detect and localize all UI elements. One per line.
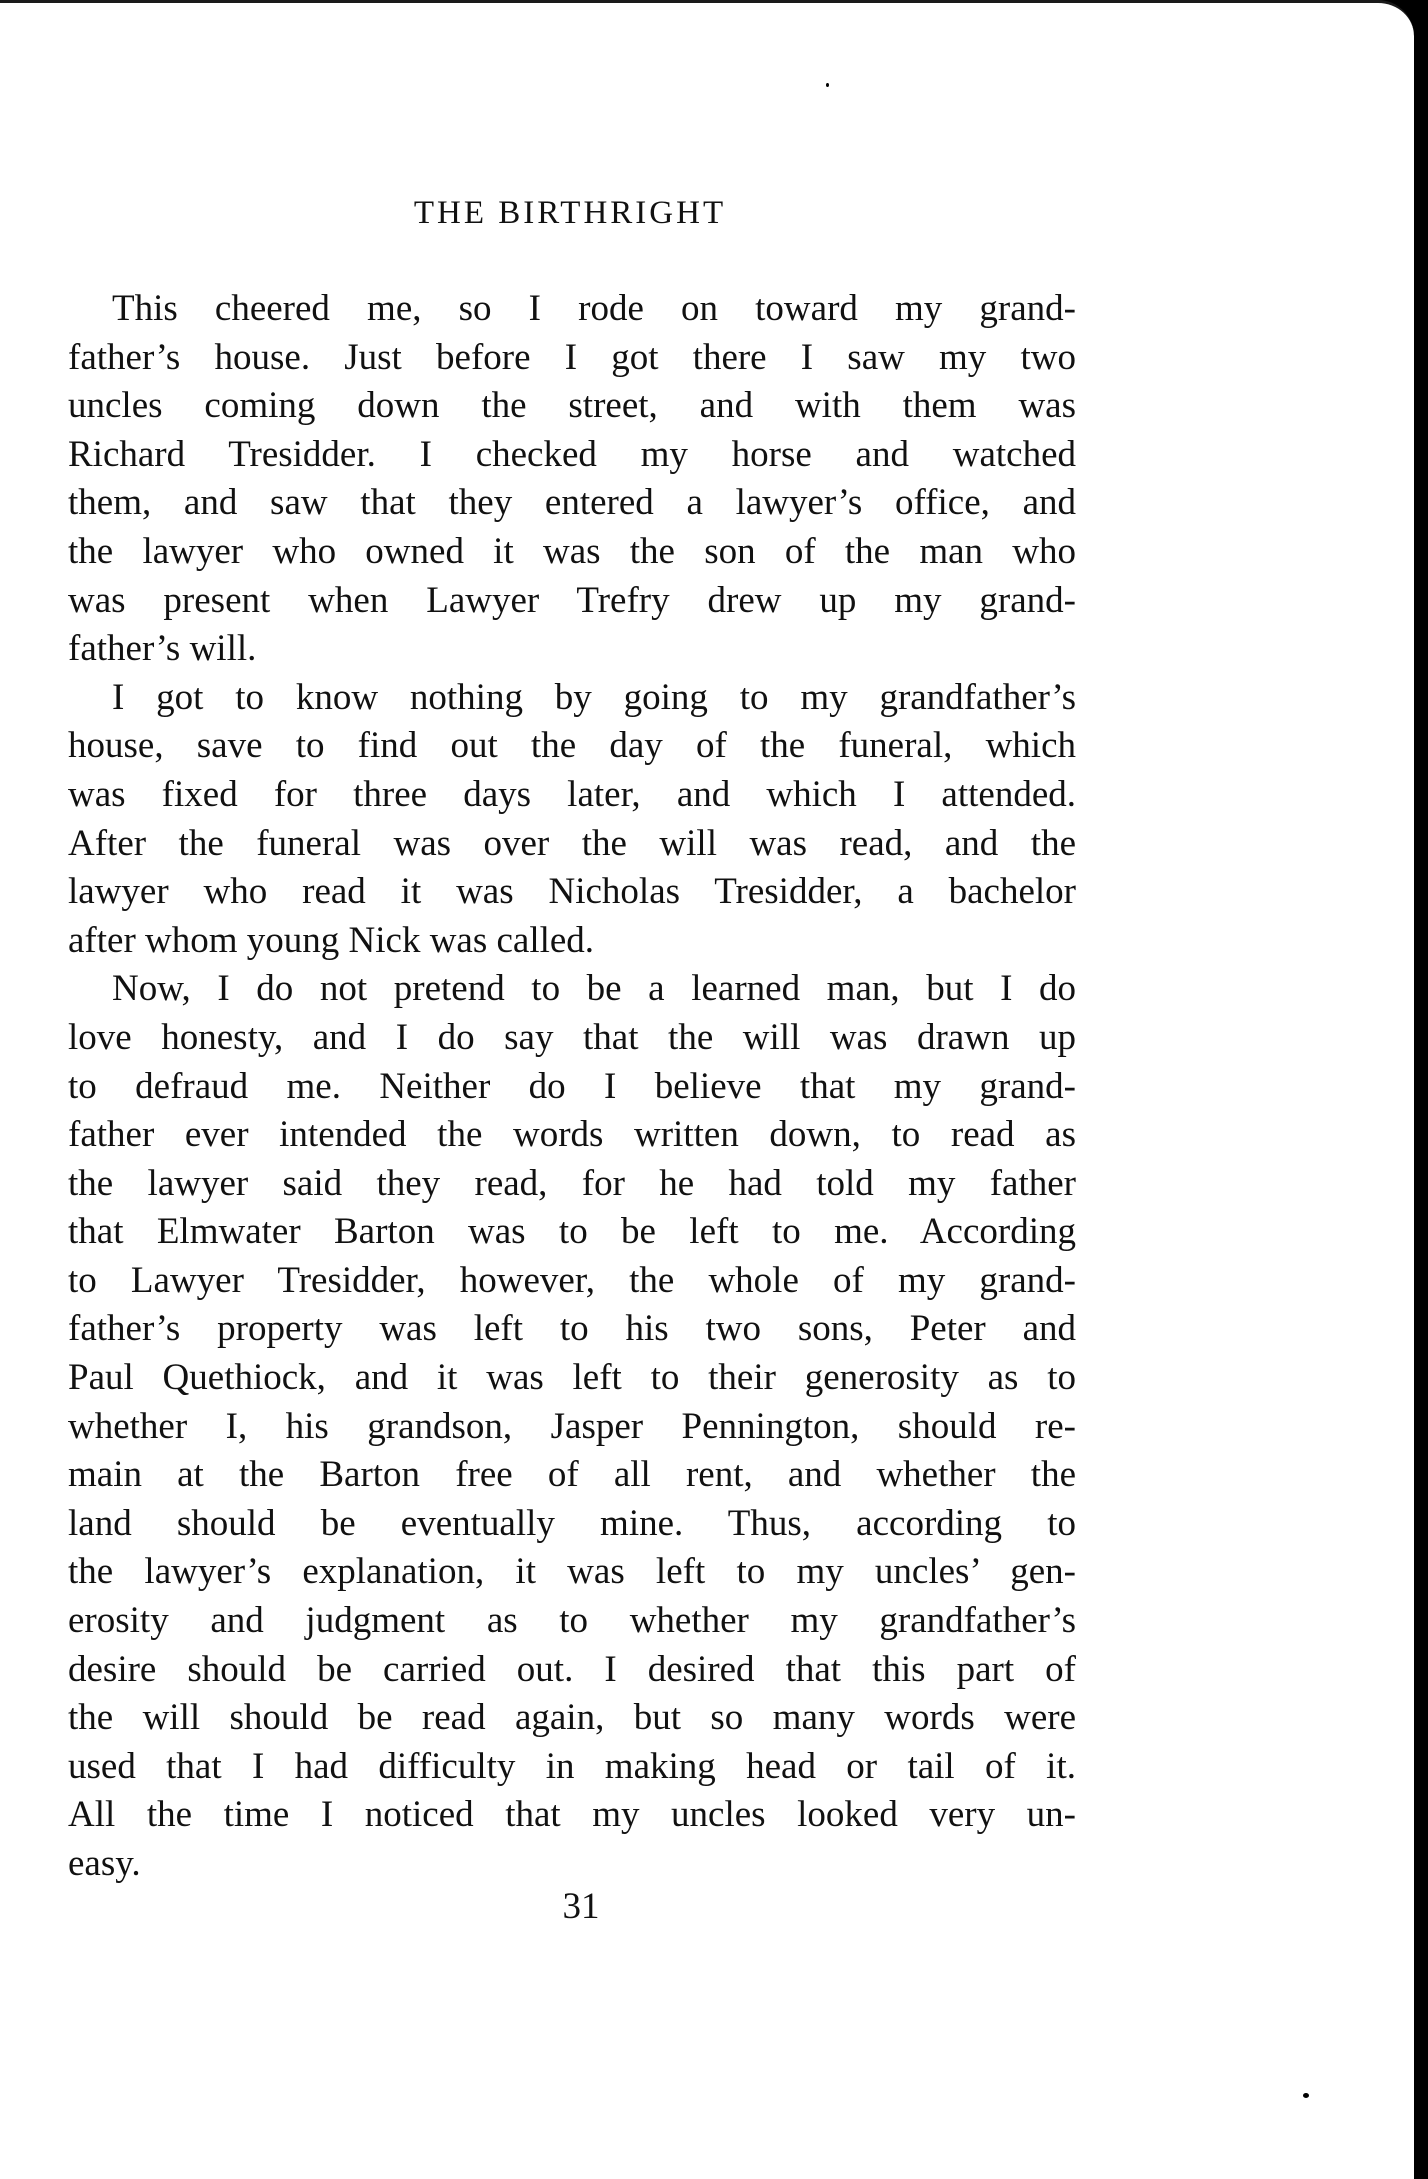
text-line: Now, I do not pretend to be a learned ma… xyxy=(68,965,1076,1014)
text-line: to defraud me. Neither do I believe that… xyxy=(68,1063,1076,1112)
text-line: land should be eventually mine. Thus, ac… xyxy=(68,1500,1076,1549)
text-line: the lawyer said they read, for he had to… xyxy=(68,1160,1076,1209)
text-line: father’s house. Just before I got there … xyxy=(68,334,1076,383)
scan-right-edge xyxy=(1414,0,1428,2179)
text-line: to Lawyer Tresidder, however, the whole … xyxy=(68,1257,1076,1306)
page-number: 31 xyxy=(0,1885,1162,1928)
text-line: lawyer who read it was Nicholas Tresidde… xyxy=(68,868,1076,917)
text-line: whether I, his grandson, Jasper Penningt… xyxy=(68,1403,1076,1452)
text-line: that Elmwater Barton was to be left to m… xyxy=(68,1208,1076,1257)
book-page: THE BIRTHRIGHT This cheered me, so I rod… xyxy=(0,0,1414,2179)
scan-speck xyxy=(1303,2093,1309,2098)
text-line: erosity and judgment as to whether my gr… xyxy=(68,1597,1076,1646)
text-line: main at the Barton free of all rent, and… xyxy=(68,1451,1076,1500)
text-line: love honesty, and I do say that the will… xyxy=(68,1014,1076,1063)
text-line: after whom young Nick was called. xyxy=(68,917,1076,966)
text-line: Richard Tresidder. I checked my horse an… xyxy=(68,431,1076,480)
text-line: the lawyer who owned it was the son of t… xyxy=(68,528,1076,577)
text-line: I got to know nothing by going to my gra… xyxy=(68,674,1076,723)
text-line: Paul Quethiock, and it was left to their… xyxy=(68,1354,1076,1403)
text-line: uncles coming down the street, and with … xyxy=(68,382,1076,431)
text-line: was fixed for three days later, and whic… xyxy=(68,771,1076,820)
text-line: desire should be carried out. I desired … xyxy=(68,1646,1076,1695)
text-line: father’s property was left to his two so… xyxy=(68,1305,1076,1354)
text-line: This cheered me, so I rode on toward my … xyxy=(68,285,1076,334)
text-line: father’s will. xyxy=(68,625,1076,674)
running-head: THE BIRTHRIGHT xyxy=(0,195,1140,232)
text-line: the lawyer’s explanation, it was left to… xyxy=(68,1548,1076,1597)
text-line: All the time I noticed that my uncles lo… xyxy=(68,1791,1076,1840)
text-line: the will should be read again, but so ma… xyxy=(68,1694,1076,1743)
text-line: After the funeral was over the will was … xyxy=(68,820,1076,869)
body-text: This cheered me, so I rode on toward my … xyxy=(68,285,1076,1889)
text-line: them, and saw that they entered a lawyer… xyxy=(68,479,1076,528)
text-line: father ever intended the words written d… xyxy=(68,1111,1076,1160)
text-line: used that I had difficulty in making hea… xyxy=(68,1743,1076,1792)
text-line: was present when Lawyer Trefry drew up m… xyxy=(68,577,1076,626)
scan-speck xyxy=(826,83,829,87)
text-line: easy. xyxy=(68,1840,1076,1889)
text-line: house, save to find out the day of the f… xyxy=(68,722,1076,771)
